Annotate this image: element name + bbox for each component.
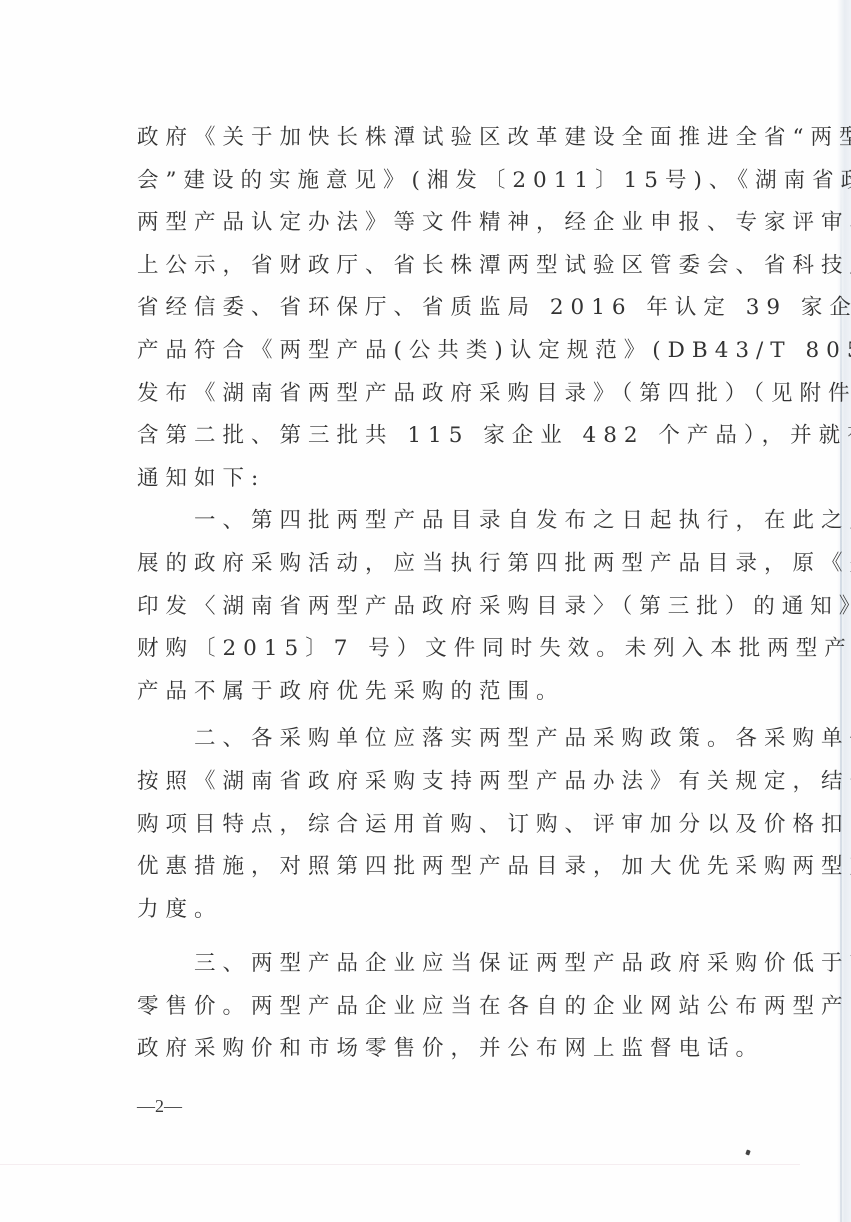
text-line: 产品符合《两型产品(公共类)认定规范》(DB43/T 805-2013)。现 <box>137 330 767 373</box>
scan-speck <box>745 1149 750 1155</box>
section-2-paragraph: 二、各采购单位应落实两型产品采购政策。各采购单位应 按照《湖南省政府采购支持两型… <box>137 718 767 931</box>
text-line: 通知如下: <box>137 458 767 501</box>
section-3-heading-line: 三、两型产品企业应当保证两型产品政府采购价低于市场 <box>137 943 767 986</box>
text-line: 产品不属于政府优先采购的范围。 <box>137 671 767 714</box>
section-1-paragraph: 一、第四批两型产品目录自发布之日起执行，在此之后开 展的政府采购活动，应当执行第… <box>137 500 767 713</box>
section-2-heading-line: 二、各采购单位应落实两型产品采购政策。各采购单位应 <box>137 718 767 761</box>
page-number: —2— <box>137 1096 182 1117</box>
document-body: 政府《关于加快长株潭试验区改革建设全面推进全省“两型社 会”建设的实施意见》(湘… <box>137 117 767 1071</box>
text-line: 零售价。两型产品企业应当在各自的企业网站公布两型产品的 <box>137 986 767 1029</box>
text-line: 印发〈湖南省两型产品政府采购目录〉（第三批）的通知》（湘 <box>137 586 767 629</box>
document-page: 政府《关于加快长株潭试验区改革建设全面推进全省“两型社 会”建设的实施意见》(湘… <box>0 0 851 1222</box>
text-line: 含第二批、第三批共 115 家企业 482 个产品），并就有关事项 <box>137 415 767 458</box>
text-line: 展的政府采购活动，应当执行第四批两型产品目录，原《关于 <box>137 543 767 586</box>
text-line: 力度。 <box>137 889 767 932</box>
text-line: 财购〔2015〕7 号）文件同时失效。未列入本批两型产品目录的 <box>137 628 767 671</box>
intro-paragraph: 政府《关于加快长株潭试验区改革建设全面推进全省“两型社 会”建设的实施意见》(湘… <box>137 117 767 500</box>
section-3-paragraph: 三、两型产品企业应当保证两型产品政府采购价低于市场 零售价。两型产品企业应当在各… <box>137 943 767 1071</box>
text-line: 两型产品认定办法》等文件精神，经企业申报、专家评审、网 <box>137 202 767 245</box>
text-line: 按照《湖南省政府采购支持两型产品办法》有关规定，结合采 <box>137 761 767 804</box>
text-line: 省经信委、省环保厅、省质监局 2016 年认定 39 家企业 211 个 <box>137 287 767 330</box>
paragraph-spacer <box>137 931 767 943</box>
text-line: 优惠措施，对照第四批两型产品目录，加大优先采购两型产品 <box>137 846 767 889</box>
text-line: 购项目特点，综合运用首购、订购、评审加分以及价格扣除等 <box>137 804 767 847</box>
scan-artifact-line <box>0 1164 800 1165</box>
text-line: 会”建设的实施意见》(湘发〔2011〕15号)、《湖南省政府采购 <box>137 160 767 203</box>
text-line: 上公示，省财政厅、省长株潭两型试验区管委会、省科技厅、 <box>137 245 767 288</box>
text-line: 政府采购价和市场零售价，并公布网上监督电话。 <box>137 1028 767 1071</box>
section-1-heading-line: 一、第四批两型产品目录自发布之日起执行，在此之后开 <box>137 500 767 543</box>
text-line: 发布《湖南省两型产品政府采购目录》（第四批）（见附件 1, <box>137 373 767 416</box>
text-line: 政府《关于加快长株潭试验区改革建设全面推进全省“两型社 <box>137 117 767 160</box>
